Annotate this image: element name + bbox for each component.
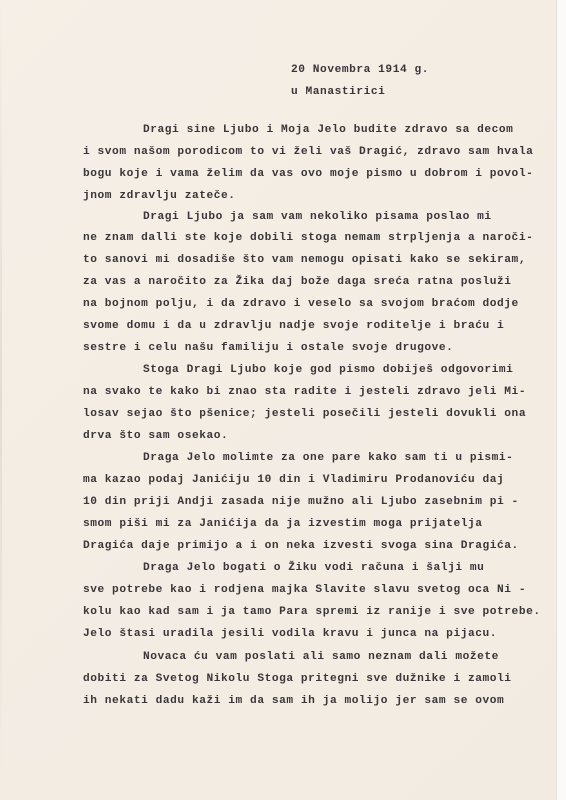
letter-line: drva što sam osekao. — [83, 430, 228, 442]
letter-line: na bojnom polju, i da zdravo i veselo sa… — [83, 298, 519, 310]
paper-edge — [556, 0, 566, 800]
letter-line: Dragića daje primijo a i on neka izvesti… — [83, 540, 519, 552]
letter-line: ih nekati dadu kaži im da sam ih ja moli… — [83, 695, 504, 707]
letter-line: za vas a naročito za Žika daj bože daga … — [83, 276, 512, 288]
letter-line: dobiti za Svetog Nikolu Stoga pritegni s… — [83, 673, 512, 685]
letter-line: Draga Jelo molimte za one pare kako sam … — [143, 452, 513, 464]
letter-line: Dragi Ljubo ja sam vam nekoliko pisama p… — [143, 211, 492, 223]
letter-date: 20 Novembra 1914 g. — [291, 64, 429, 76]
letter-line: sve potrebe kao i rodjena majka Slavite … — [83, 584, 526, 596]
letter-line: losav sejao što pšenice; jesteli posečil… — [83, 408, 526, 420]
letter-line: 10 din priji Andji zasada nije mužno ali… — [83, 496, 519, 508]
letter-line: kolu kao kad sam i ja tamo Para spremi i… — [83, 606, 541, 618]
letter-page: 20 Novembra 1914 g. u Manastirici Dragi … — [0, 0, 556, 800]
letter-line: ne znam dalli ste koje dobili stoga nema… — [83, 232, 533, 244]
letter-line: bogu koje i vama želim da vas ovo moje p… — [83, 168, 533, 180]
letter-line: svome domu i da u zdravlju nadje svoje r… — [83, 320, 504, 332]
paper-fold — [0, 0, 2, 800]
letter-line: i svom našom porodicom to vi želi vaš Dr… — [83, 146, 533, 158]
letter-line: smom piši mi za Janićija da ja izvestim … — [83, 518, 483, 530]
letter-line: Stoga Dragi Ljubo koje god pismo dobiješ… — [143, 364, 513, 376]
letter-line: sestre i celu našu familiju i ostale svo… — [83, 342, 453, 354]
letter-line: to sanovi mi dosadiše što vam nemogu opi… — [83, 254, 526, 266]
letter-line: Jelo štasi uradila jesili vodila kravu i… — [83, 628, 497, 640]
letter-place: u Manastirici — [291, 86, 385, 98]
letter-line: Draga Jelo bogati o Žiku vodi računa i š… — [143, 562, 484, 574]
letter-line: ma kazao podaj Janićiju 10 din i Vladimi… — [83, 474, 504, 486]
letter-line: jnom zdravlju zateče. — [83, 190, 236, 202]
letter-line: Dragi sine Ljubo i Moja Jelo budite zdra… — [143, 124, 513, 136]
letter-line: na svako te kako bi znao sta radite i je… — [83, 386, 526, 398]
letter-line: Novaca ću vam poslati ali samo neznam da… — [143, 651, 499, 663]
